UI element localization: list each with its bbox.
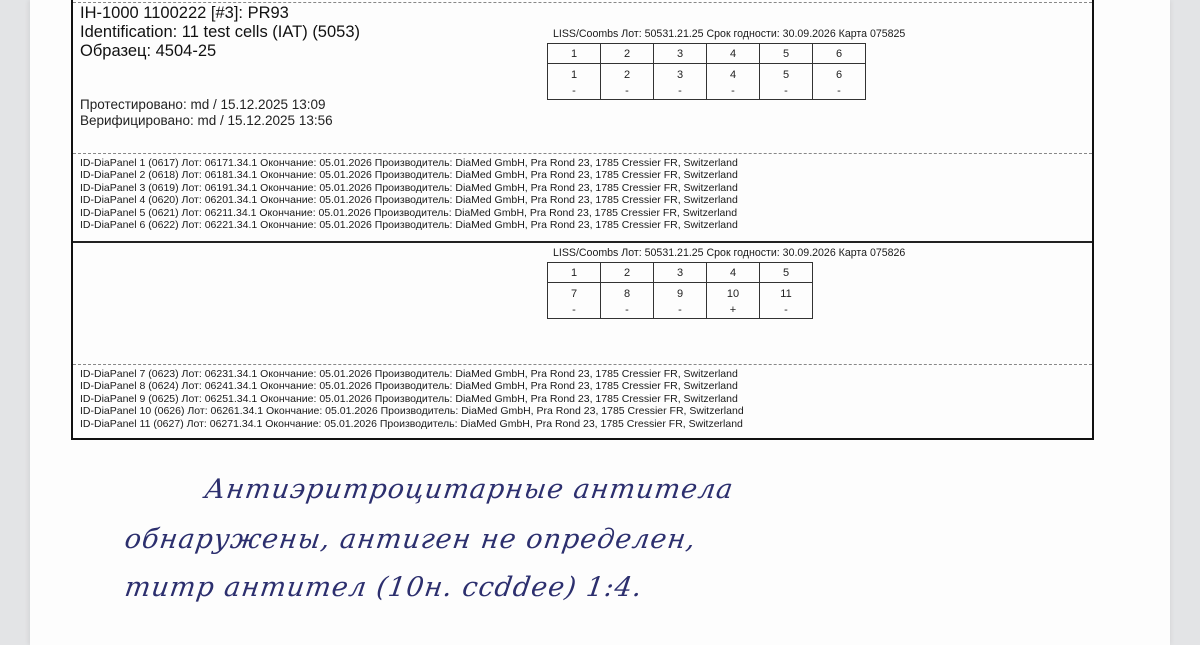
test-cell-number: 10: [707, 286, 759, 302]
dashed-divider: [73, 364, 1092, 365]
test-cell-number: 6: [813, 67, 865, 83]
column-number: 5: [760, 263, 813, 283]
cell-result: 4-: [707, 64, 760, 100]
sample-line: Образец: 4504-25: [80, 42, 360, 61]
reaction-result: -: [548, 302, 600, 318]
test-cell-number: 2: [601, 67, 653, 83]
panel-lot-list: ID-DiaPanel 1 (0617) Лот: 06171.34.1 Око…: [80, 157, 738, 231]
reaction-result: -: [654, 83, 706, 99]
dashed-divider: [73, 2, 1092, 3]
test-cell-number: 5: [760, 67, 812, 83]
lab-report-printout: IH-1000 1100222 [#3]: PR93 Identificatio…: [71, 0, 1094, 440]
handwritten-line: Антиэритроцитарные антитела: [203, 474, 736, 505]
panel-lot-line: ID-DiaPanel 1 (0617) Лот: 06171.34.1 Око…: [80, 157, 738, 169]
column-number: 2: [601, 263, 654, 283]
panel-lot-line: ID-DiaPanel 3 (0619) Лот: 06191.34.1 Око…: [80, 182, 738, 194]
handwritten-line: титр антител (10н. ccddee) 1:4.: [123, 572, 645, 603]
column-number: 4: [707, 263, 760, 283]
reaction-result: -: [548, 83, 600, 99]
reaction-result: -: [654, 302, 706, 318]
reaction-result: -: [601, 83, 653, 99]
cell-result: 2-: [601, 64, 654, 100]
test-cell-number: 3: [654, 67, 706, 83]
report-section-1: IH-1000 1100222 [#3]: PR93 Identificatio…: [73, 0, 1092, 243]
cell-result: 7-: [548, 283, 601, 319]
panel-lot-line: ID-DiaPanel 7 (0623) Лот: 06231.34.1 Око…: [80, 368, 744, 380]
gel-card-1: LISS/Coombs Лот: 50531.21.25 Срок годнос…: [547, 28, 905, 100]
panel-lot-line: ID-DiaPanel 10 (0626) Лот: 06261.34.1 Ок…: [80, 405, 744, 417]
column-number: 3: [654, 44, 707, 64]
cell-result: 6-: [813, 64, 866, 100]
column-number: 3: [654, 263, 707, 283]
cell-result: 8-: [601, 283, 654, 319]
reaction-result: -: [760, 302, 812, 318]
cell-result: 1-: [548, 64, 601, 100]
card-title: LISS/Coombs Лот: 50531.21.25 Срок годнос…: [553, 28, 905, 40]
column-number: 1: [548, 263, 601, 283]
column-number: 1: [548, 44, 601, 64]
test-cell-number: 8: [601, 286, 653, 302]
column-number: 5: [760, 44, 813, 64]
paper-sheet: IH-1000 1100222 [#3]: PR93 Identificatio…: [30, 0, 1170, 645]
cell-result: 10+: [707, 283, 760, 319]
verified-line: Верифицировано: md / 15.12.2025 13:56: [80, 113, 333, 129]
dashed-divider: [73, 153, 1092, 154]
column-number: 2: [601, 44, 654, 64]
cell-result: 9-: [654, 283, 707, 319]
panel-lot-line: ID-DiaPanel 6 (0622) Лот: 06221.34.1 Око…: [80, 219, 738, 231]
reaction-result: -: [601, 302, 653, 318]
test-cell-number: 7: [548, 286, 600, 302]
tested-line: Протестировано: md / 15.12.2025 13:09: [80, 97, 333, 113]
column-number: 4: [707, 44, 760, 64]
card-results-table: 12345 7-8-9-10+11-: [547, 262, 813, 319]
handwritten-line: обнаружены, антиген не определен,: [123, 524, 698, 555]
gel-card-2: LISS/Coombs Лот: 50531.21.25 Срок годнос…: [547, 247, 905, 319]
test-cell-number: 9: [654, 286, 706, 302]
reaction-result: -: [707, 83, 759, 99]
reaction-result: -: [760, 83, 812, 99]
audit-block: Протестировано: md / 15.12.2025 13:09 Ве…: [80, 97, 333, 129]
card-title: LISS/Coombs Лот: 50531.21.25 Срок годнос…: [553, 247, 905, 259]
reaction-result: -: [813, 83, 865, 99]
panel-lot-line: ID-DiaPanel 9 (0625) Лот: 06251.34.1 Око…: [80, 393, 744, 405]
panel-lot-line: ID-DiaPanel 5 (0621) Лот: 06211.34.1 Око…: [80, 207, 738, 219]
panel-lot-line: ID-DiaPanel 2 (0618) Лот: 06181.34.1 Око…: [80, 169, 738, 181]
report-section-2: LISS/Coombs Лот: 50531.21.25 Срок годнос…: [73, 243, 1092, 438]
cell-result: 5-: [760, 64, 813, 100]
panel-lot-line: ID-DiaPanel 8 (0624) Лот: 06241.34.1 Око…: [80, 380, 744, 392]
panel-lot-list: ID-DiaPanel 7 (0623) Лот: 06231.34.1 Око…: [80, 368, 744, 430]
reaction-result: +: [707, 302, 759, 318]
report-header: IH-1000 1100222 [#3]: PR93 Identificatio…: [80, 4, 360, 61]
card-results-table: 123456 1-2-3-4-5-6-: [547, 43, 866, 100]
test-cell-number: 4: [707, 67, 759, 83]
panel-lot-line: ID-DiaPanel 4 (0620) Лот: 06201.34.1 Око…: [80, 194, 738, 206]
panel-lot-line: ID-DiaPanel 11 (0627) Лот: 06271.34.1 Ок…: [80, 418, 744, 430]
test-cell-number: 1: [548, 67, 600, 83]
identification-line: Identification: 11 test cells (IAT) (505…: [80, 23, 360, 42]
cell-result: 11-: [760, 283, 813, 319]
cell-result: 3-: [654, 64, 707, 100]
column-number: 6: [813, 44, 866, 64]
test-cell-number: 11: [760, 286, 812, 302]
instrument-line: IH-1000 1100222 [#3]: PR93: [80, 4, 360, 23]
